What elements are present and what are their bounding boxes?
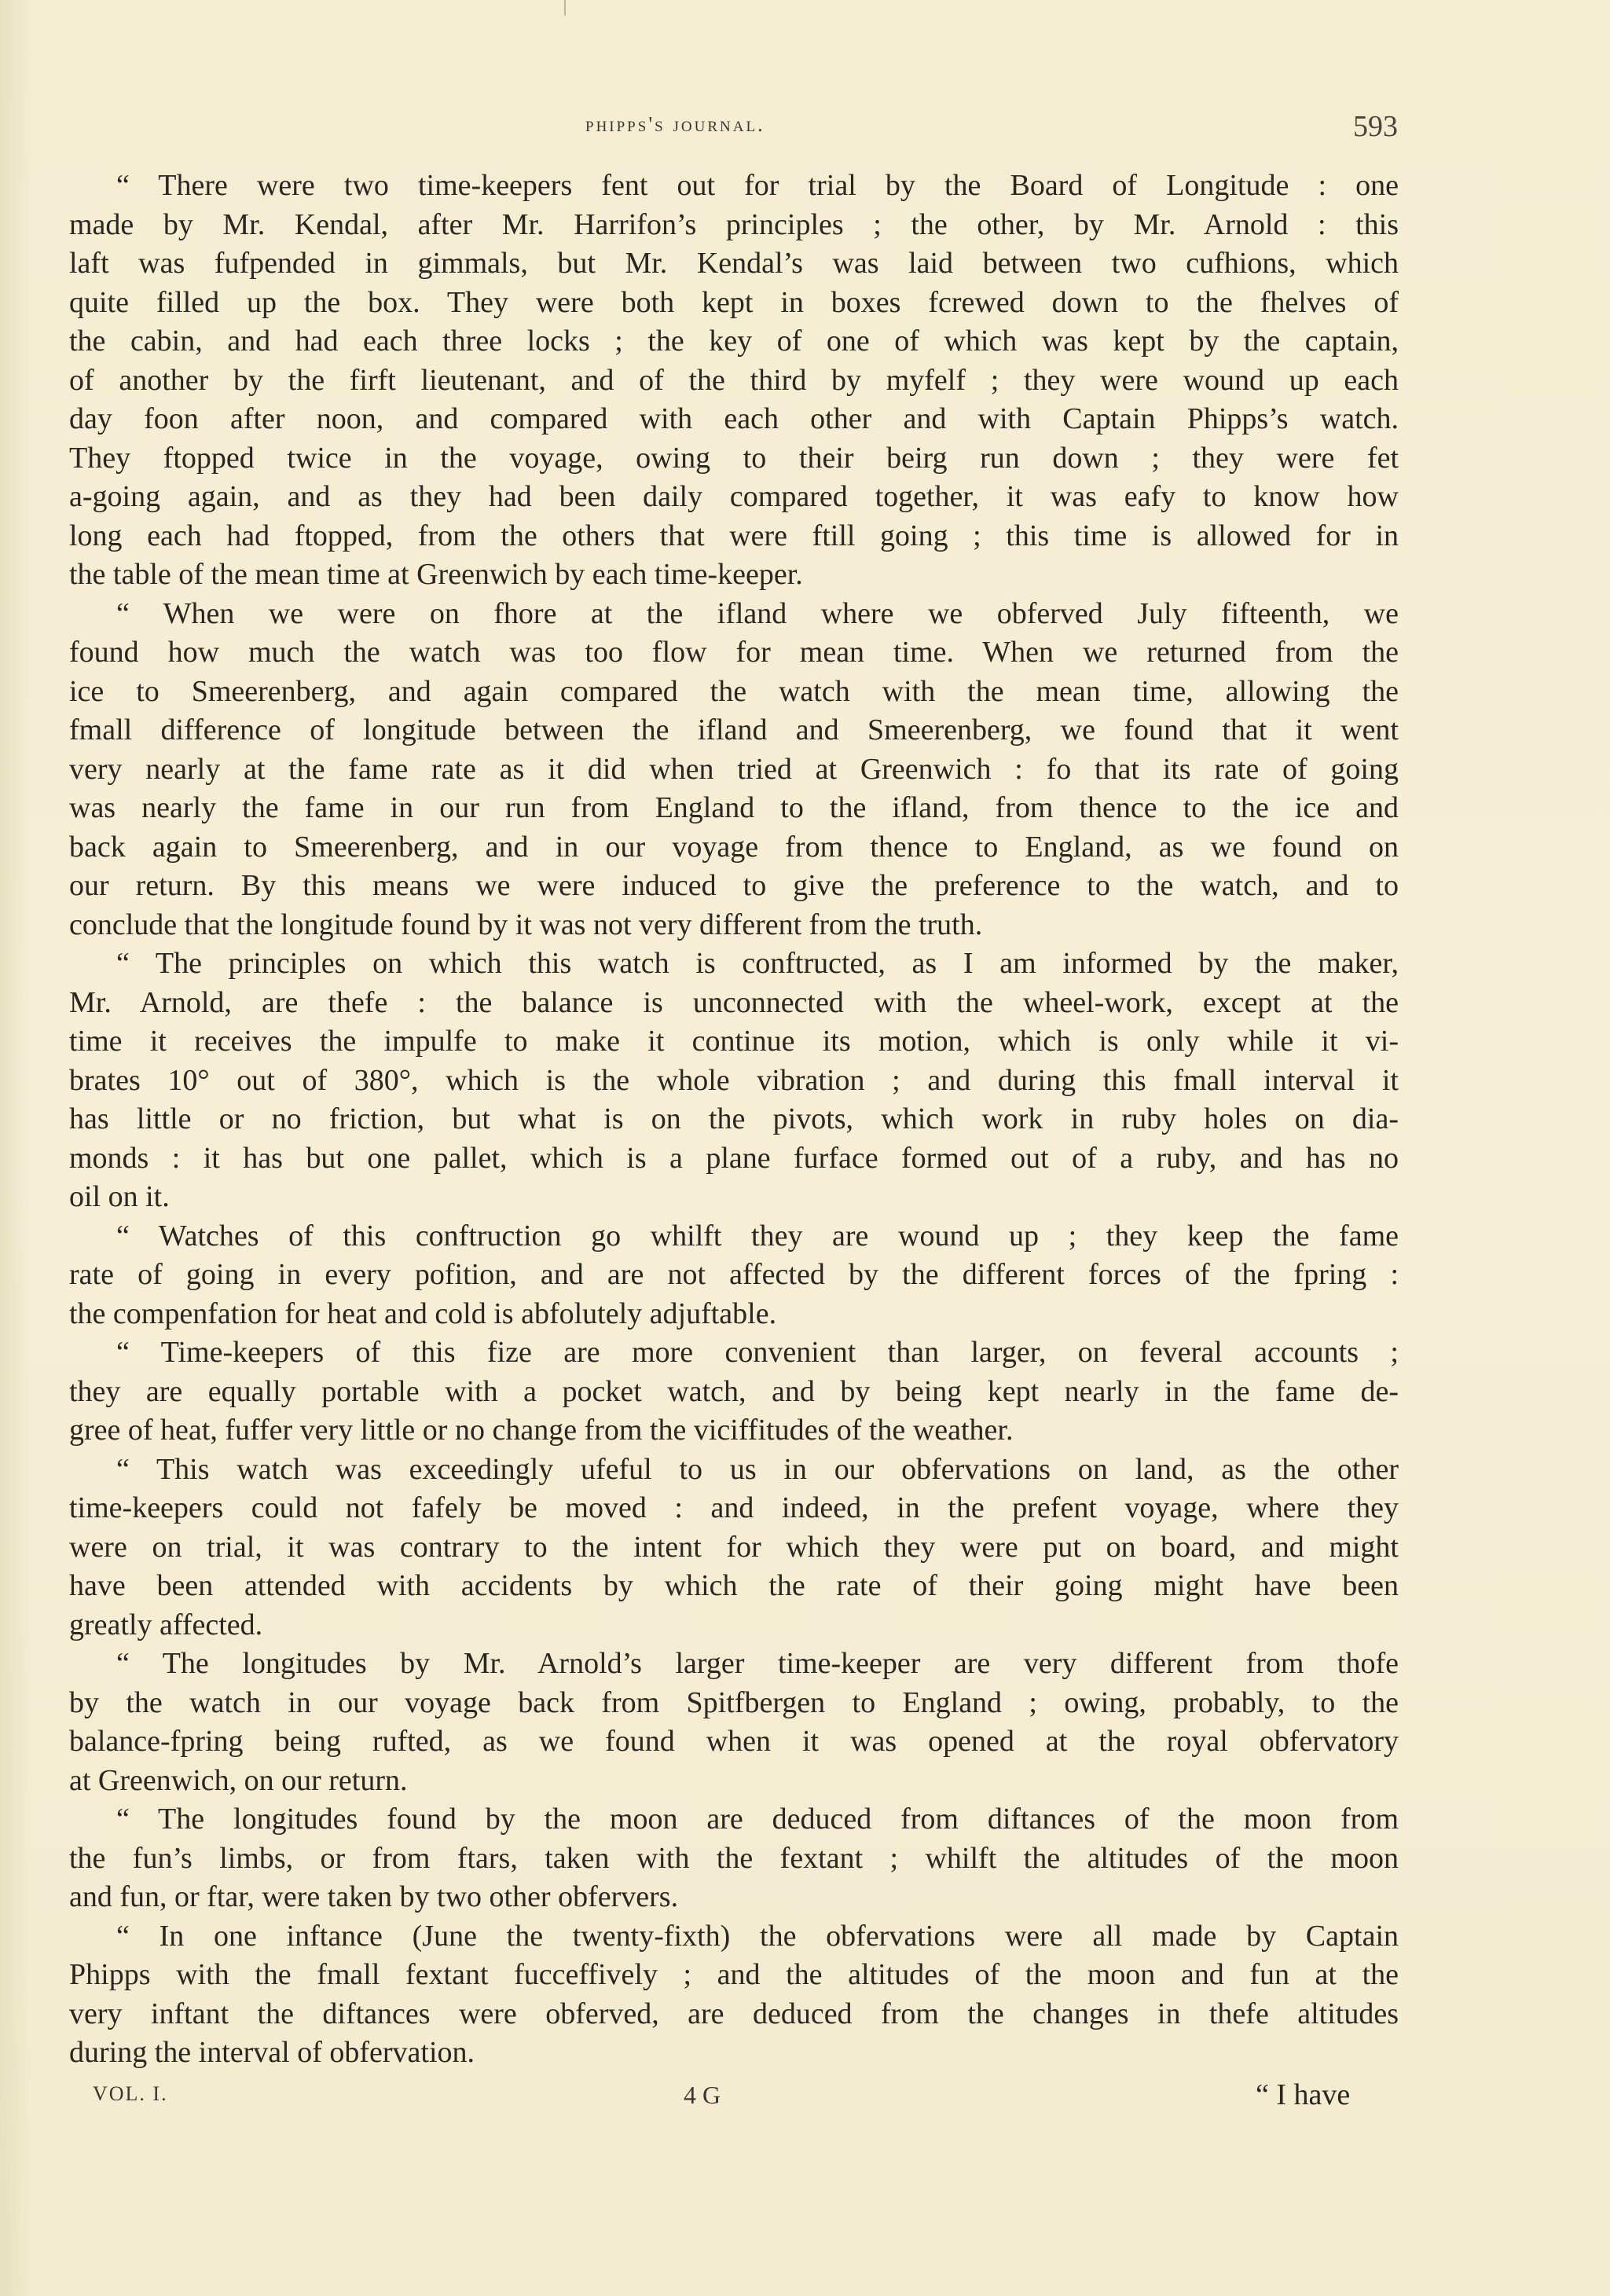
- text-line: have been attended with accidents by whi…: [69, 1567, 1399, 1606]
- text-line: time it receives the impulfe to make it …: [69, 1022, 1399, 1062]
- text-line: very inftant the diftances were obferved…: [69, 1995, 1399, 2034]
- text-line: ice to Smeerenberg, and again compared t…: [69, 673, 1399, 712]
- text-line: the table of the mean time at Greenwich …: [69, 556, 1399, 595]
- page-number: 593: [1353, 109, 1398, 144]
- paragraph: “ The principles on which this watch is …: [69, 944, 1399, 1217]
- text-line: at Greenwich, on our return.: [69, 1762, 1399, 1801]
- text-line: “ In one inftance (June the twenty-fixth…: [69, 1917, 1399, 1957]
- text-line: made by Mr. Kendal, after Mr. Harrifon’s…: [69, 206, 1399, 245]
- text-line: laft was fufpended in gimmals, but Mr. K…: [69, 244, 1399, 284]
- text-line: greatly affected.: [69, 1606, 1399, 1645]
- text-line: the fun’s limbs, or from ftars, taken wi…: [69, 1839, 1399, 1879]
- text-line: “ When we were on fhore at the ifland wh…: [69, 595, 1399, 634]
- text-line: rate of going in every pofition, and are…: [69, 1256, 1399, 1295]
- stray-mark: [564, 0, 566, 16]
- text-line: very nearly at the fame rate as it did w…: [69, 750, 1399, 790]
- paragraph: “ The longitudes found by the moon are d…: [69, 1800, 1399, 1917]
- text-line: time-keepers could not fafely be moved :…: [69, 1489, 1399, 1528]
- running-head: PHIPPS'S JOURNAL. 593: [0, 112, 1610, 152]
- text-line: the compenfation for heat and cold is ab…: [69, 1295, 1399, 1334]
- text-line: gree of heat, fuffer very little or no c…: [69, 1411, 1399, 1451]
- page-footer: VOL. I. 4 G “ I have: [0, 2082, 1610, 2122]
- text-line: They ftopped twice in the voyage, owing …: [69, 439, 1399, 479]
- text-line: back again to Smeerenberg, and in our vo…: [69, 828, 1399, 867]
- paragraph: “ When we were on fhore at the ifland wh…: [69, 595, 1399, 945]
- body-text: “ There were two time-keepers fent out f…: [69, 167, 1399, 2073]
- paragraph: “ In one inftance (June the twenty-fixth…: [69, 1917, 1399, 2073]
- text-line: the cabin, and had each three locks ; th…: [69, 322, 1399, 361]
- text-line: by the watch in our voyage back from Spi…: [69, 1684, 1399, 1723]
- text-line: they are equally portable with a pocket …: [69, 1373, 1399, 1412]
- text-line: “ The longitudes by Mr. Arnold’s larger …: [69, 1645, 1399, 1684]
- text-line: oil on it.: [69, 1178, 1399, 1217]
- text-line: “ The longitudes found by the moon are d…: [69, 1800, 1399, 1839]
- text-line: fmall difference of longitude between th…: [69, 711, 1399, 750]
- paragraph: “ Time-keepers of this fize are more con…: [69, 1333, 1399, 1451]
- text-line: of another by the firft lieutenant, and …: [69, 361, 1399, 401]
- text-line: long each had ftopped, from the others t…: [69, 517, 1399, 556]
- paragraph: “ This watch was exceedingly ufeful to u…: [69, 1451, 1399, 1645]
- text-line: Mr. Arnold, are thefe : the balance is u…: [69, 984, 1399, 1023]
- text-line: “ Time-keepers of this fize are more con…: [69, 1333, 1399, 1373]
- catchword: “ I have: [1256, 2078, 1350, 2112]
- text-line: has little or no friction, but what is o…: [69, 1100, 1399, 1139]
- text-line: were on trial, it was contrary to the in…: [69, 1528, 1399, 1568]
- text-line: monds : it has but one pallet, which is …: [69, 1139, 1399, 1179]
- text-line: a-going again, and as they had been dail…: [69, 478, 1399, 517]
- paragraph: “ Watches of this conftruction go whilft…: [69, 1217, 1399, 1334]
- text-line: conclude that the longitude found by it …: [69, 906, 1399, 945]
- text-line: quite filled up the box. They were both …: [69, 284, 1399, 323]
- running-title: PHIPPS'S JOURNAL.: [585, 112, 765, 137]
- text-line: “ Watches of this conftruction go whilft…: [69, 1217, 1399, 1256]
- text-line: Phipps with the fmall fextant fucceffive…: [69, 1956, 1399, 1995]
- signature-mark: 4 G: [684, 2081, 721, 2110]
- text-line: our return. By this means we were induce…: [69, 867, 1399, 906]
- text-line: found how much the watch was too flow fo…: [69, 633, 1399, 673]
- text-line: “ This watch was exceedingly ufeful to u…: [69, 1451, 1399, 1490]
- text-line: balance-fpring being rufted, as we found…: [69, 1722, 1399, 1762]
- text-line: was nearly the fame in our run from Engl…: [69, 789, 1399, 828]
- text-line: and fun, or ftar, were taken by two othe…: [69, 1878, 1399, 1917]
- text-line: day foon after noon, and compared with e…: [69, 400, 1399, 439]
- book-page: PHIPPS'S JOURNAL. 593 “ There were two t…: [0, 0, 1610, 2296]
- text-line: “ The principles on which this watch is …: [69, 944, 1399, 984]
- text-line: brates 10° out of 380°, which is the who…: [69, 1062, 1399, 1101]
- text-line: during the interval of obfervation.: [69, 2034, 1399, 2073]
- paragraph: “ There were two time-keepers fent out f…: [69, 167, 1399, 595]
- paragraph: “ The longitudes by Mr. Arnold’s larger …: [69, 1645, 1399, 1800]
- text-line: “ There were two time-keepers fent out f…: [69, 167, 1399, 206]
- volume-label: VOL. I.: [93, 2082, 168, 2106]
